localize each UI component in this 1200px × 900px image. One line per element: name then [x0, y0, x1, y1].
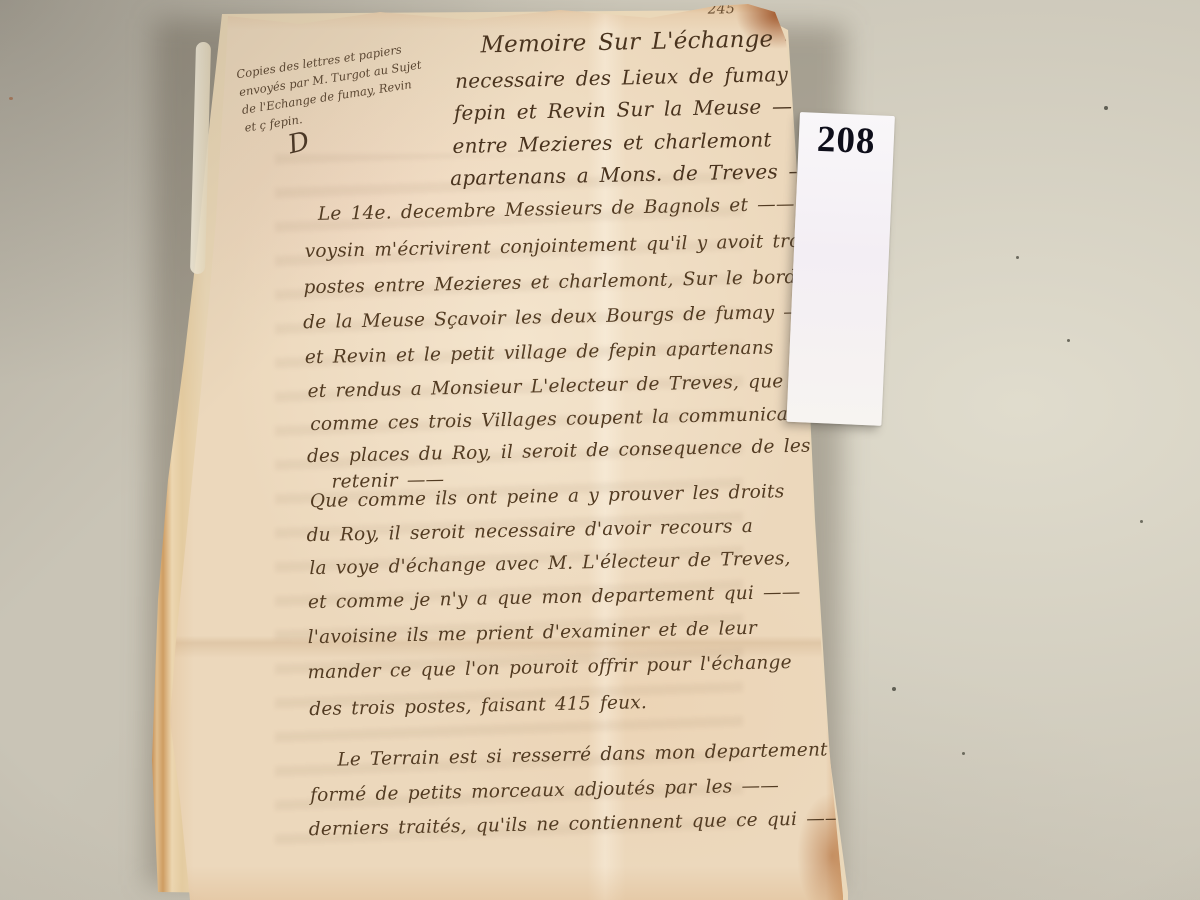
paraph-mark: D — [285, 126, 312, 160]
body-line: du Roy, il seroit necessaire d'avoir rec… — [306, 516, 753, 546]
body-line: voysin m'écrivirent conjointement qu'il … — [304, 230, 816, 262]
handwritten-text-layer: 245 Copies des lettres et papiers envoyé… — [152, 0, 861, 900]
speck — [892, 687, 896, 691]
speck — [1067, 339, 1070, 342]
body-line: de la Meuse Sçavoir les deux Bourgs de f… — [303, 301, 821, 333]
body-line: l'avoisine ils me prient d'examiner et d… — [308, 618, 758, 648]
body-line: et rendus a Monsieur L'electeur de Treve… — [307, 371, 783, 402]
body-line: la voye d'échange avec M. L'électeur de … — [309, 548, 791, 579]
body-line: formé de petits morceaux adjoutés par le… — [310, 775, 779, 806]
body-line: des trois postes, faisant 415 feux. — [309, 692, 647, 720]
title-line: fepin et Revin Sur la Meuse — — [454, 94, 793, 125]
title-line: Memoire Sur L'échange —— — [480, 25, 831, 58]
body-line: postes entre Mezieres et charlemont, Sur… — [303, 266, 843, 298]
speck — [1140, 520, 1143, 523]
folio-number: 245 — [708, 1, 736, 18]
manuscript-page: 245 Copies des lettres et papiers envoyé… — [160, 4, 850, 900]
body-line: Le Terrain est si resserré dans mon depa… — [337, 738, 874, 770]
title-line: necessaire des Lieux de fumay — — [455, 61, 819, 93]
body-line: derniers traités, qu'ils ne contiennent … — [309, 808, 844, 840]
title-line: apartenans a Mons. de Treves — — [450, 159, 809, 191]
title-line: entre Mezieres et charlemont — [452, 127, 772, 158]
body-line: et comme je n'y a que mon departement qu… — [308, 582, 801, 613]
speck — [9, 97, 13, 100]
margin-note: Copies des lettres et papiers envoyés pa… — [235, 29, 483, 136]
speck — [1016, 256, 1019, 259]
body-line: mander ce que l'on pouroit offrir pour l… — [307, 652, 792, 683]
body-line: comme ces trois Villages coupent la comm… — [310, 403, 825, 435]
speck — [962, 752, 965, 755]
archive-number-slip: 208 — [786, 112, 894, 426]
speck — [1104, 106, 1108, 110]
body-line: et Revin et le petit village de fepin ap… — [305, 337, 774, 368]
body-line: Le 14e. decembre Messieurs de Bagnols et… — [318, 194, 795, 225]
slip-number: 208 — [798, 117, 895, 164]
photograph-of-manuscript: 245 Copies des lettres et papiers envoyé… — [0, 0, 1200, 900]
body-line: des places du Roy, il seroit de conseque… — [307, 436, 811, 468]
